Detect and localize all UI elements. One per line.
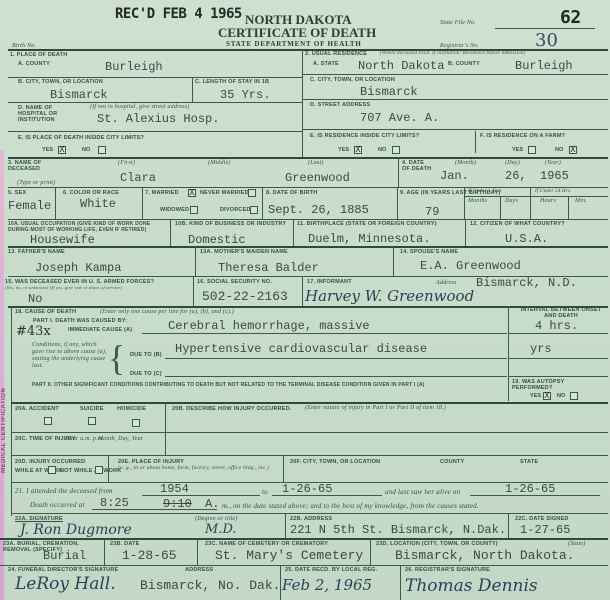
street-label: d. STREET ADDRESS — [310, 102, 370, 108]
date-of-death-label: 4. DATE OF DEATH — [402, 160, 432, 172]
res-county-label: b. COUNTY — [448, 61, 480, 67]
no-label: NO — [557, 393, 565, 399]
armed-forces: No — [28, 293, 42, 305]
mother-label: 13a. MOTHER'S MAIDEN NAME — [200, 249, 288, 255]
business-label: 10b. Kind of Business or Industry — [175, 221, 286, 227]
attended-label: 21. I attended the deceased from — [15, 488, 113, 494]
part2-label: PART II. Other Significant Conditions Co… — [32, 382, 425, 388]
first-label: (First) — [118, 160, 135, 166]
birth-date-label: 8. DATE OF BIRTH — [266, 190, 317, 196]
months-label: Months — [468, 198, 487, 204]
deceased-name-hint: (Type or print) — [17, 180, 55, 186]
res-inside-limits-label: e. IS RESIDENCE INSIDE CITY LIMITS? — [310, 133, 419, 139]
conditions-hint: Conditions, if any, which gave rise to a… — [32, 342, 107, 370]
residence-hint: (Where deceased lived. If institution: R… — [380, 51, 526, 57]
funeral-director-signature: LeRoy Hall. — [15, 574, 116, 594]
registrar-signature: Thomas Dennis — [405, 576, 538, 596]
citizenship: U.S.A. — [505, 233, 548, 245]
hours-label: Hours — [540, 198, 556, 204]
occupation: Housewife — [30, 234, 95, 246]
birthplace-label: 11. BIRTHPLACE (State or foreign country… — [297, 221, 437, 227]
armed-forces-hint: (Yes, no, or unknown) (If yes, give war … — [5, 285, 122, 291]
autopsy-yes-checkbox[interactable]: X — [543, 392, 551, 400]
birthplace: Duelm, Minnesota. — [308, 233, 430, 245]
place-hint: (e. g., in or about home, farm, factory,… — [118, 465, 283, 471]
sex-label: 5. SEX — [8, 190, 26, 196]
death-occurred-label: Death occurred at — [30, 502, 84, 508]
attended-to: 1-26-65 — [282, 483, 332, 495]
county-label: a. COUNTY — [18, 61, 50, 67]
res-inside-limits-no-checkbox[interactable] — [392, 146, 400, 154]
suicide-label: SUICIDE — [80, 406, 104, 412]
physician-degree: M.D. — [205, 522, 237, 537]
inside-limits-label: e. IS PLACE OF DEATH INSIDE CITY LIMITS? — [18, 135, 144, 141]
day-label: (Day) — [505, 160, 520, 166]
describe-injury-hint: (Enter nature of injury in Part I or Par… — [305, 405, 446, 411]
yes-label: YES — [338, 147, 349, 153]
father-label: 13. FATHER'S NAME — [8, 249, 65, 255]
birth-date: Sept. 26, 1885 — [268, 204, 369, 216]
death-year: 1965 — [540, 170, 569, 182]
ssn: 502-22-2163 — [202, 291, 288, 303]
business: Domestic — [188, 234, 246, 246]
physician-signature: J. Ron Dugmore — [20, 522, 132, 538]
race-label: 6. COLOR OR RACE — [63, 190, 119, 196]
funeral-director-label: 24. FUNERAL DIRECTOR'S SIGNATURE — [8, 567, 118, 573]
min-label: Min. — [575, 198, 587, 204]
location-state-label: (State) — [568, 541, 585, 547]
interval-a: 4 hrs. — [535, 320, 578, 332]
location-label: 23d. LOCATION (City, town, or county) — [376, 541, 498, 547]
due-to-b-label: DUE TO (b) — [130, 352, 162, 358]
death-inside-limits-yes-checkbox[interactable]: X — [58, 146, 66, 154]
widowed-label: Widowed — [160, 207, 189, 213]
funeral-address-label: ADDRESS — [185, 567, 213, 573]
informant-address-label: Address — [436, 280, 457, 286]
never-married-checkbox[interactable] — [248, 189, 256, 197]
burial-type: Burial — [43, 550, 86, 562]
suicide-checkbox[interactable] — [88, 417, 96, 425]
date-signed-label: 22c. DATE SIGNED — [515, 516, 569, 522]
residence-label: 2. USUAL RESIDENCE — [305, 51, 367, 57]
yes-label: YES — [42, 147, 53, 153]
injury-county-label: COUNTY — [440, 459, 464, 465]
spouse-name: E.A. Greenwood — [420, 260, 521, 272]
cause-hint: (Enter only one cause per line for (a), … — [100, 309, 234, 315]
code-note: #43x — [16, 324, 51, 339]
res-state-label: a. STATE — [313, 61, 339, 67]
res-street: 707 Ave. A. — [360, 112, 439, 124]
res-inside-limits-yes-checkbox[interactable]: X — [354, 146, 362, 154]
describe-injury-label: 20b. DESCRIBE HOW INJURY OCCURRED. — [172, 406, 292, 412]
race: White — [80, 198, 116, 210]
informant-address: Bismarck, N.D. — [476, 277, 577, 289]
cause-of-death-label: 18. CAUSE OF DEATH — [15, 309, 76, 315]
no-label: NO — [378, 147, 386, 153]
deceased-last: Greenwood — [285, 172, 350, 184]
cemetery-name: St. Mary's Cemetery — [215, 550, 363, 562]
death-inside-limits-no-checkbox[interactable] — [98, 146, 106, 154]
last-label: (Last) — [308, 160, 324, 166]
married-label: 7. Married — [145, 190, 179, 196]
injury-state-label: STATE — [520, 459, 538, 465]
death-month: Jan. — [440, 170, 469, 182]
certificate-title: CERTIFICATE OF DEATH — [218, 25, 376, 41]
department: STATE DEPARTMENT OF HEALTH — [226, 40, 362, 48]
not-while-at-work-checkbox[interactable] — [95, 466, 103, 474]
brace: { — [108, 340, 125, 376]
burial-date-label: 23b. DATE — [110, 541, 140, 547]
farm-no-checkbox[interactable]: X — [569, 146, 577, 154]
last-saw-label: and last saw her alive on — [385, 489, 460, 495]
deceased-name-label: 3. NAME OF DECEASED — [8, 160, 48, 172]
length-of-stay: 35 Yrs. — [220, 89, 270, 101]
due-to-b: Hypertensive cardiovascular disease — [175, 343, 427, 355]
ssn-label: 16. SOCIAL SECURITY No. — [197, 279, 272, 285]
married-checkbox[interactable]: X — [188, 189, 196, 197]
physician-address: 221 N 5th St. Bismarck, N.Dak. — [290, 524, 506, 536]
autopsy-label: 19. WAS AUTOPSY PERFORMED? — [512, 379, 592, 391]
divorced-checkbox[interactable] — [250, 206, 258, 214]
received-stamp: REC'D FEB 4 1965 — [115, 6, 242, 22]
no-label: NO — [555, 147, 563, 153]
while-at-work-checkbox[interactable] — [48, 466, 56, 474]
due-to-c-label: DUE TO (c) — [130, 371, 162, 377]
state-file-label: State File No. — [440, 20, 476, 26]
mother-name: Theresa Balder — [218, 262, 319, 274]
death-certificate: REC'D FEB 4 1965 NORTH DAKOTA CERTIFICAT… — [0, 0, 610, 600]
days-label: Days — [505, 198, 518, 204]
stay-label: c. LENGTH OF STAY IN 1b — [195, 79, 269, 85]
farm-yes-checkbox[interactable] — [528, 146, 536, 154]
under-1yr-label: If Under 1 Year — [468, 189, 502, 195]
homicide-checkbox[interactable] — [132, 419, 140, 427]
father-name: Joseph Kampa — [35, 262, 121, 274]
immediate-cause: Cerebral hemorrhage, massive — [168, 320, 370, 332]
place-of-death-label: 1. PLACE OF DEATH — [10, 52, 67, 58]
death-county: Burleigh — [105, 61, 163, 73]
date-hint: Month, Day, Year — [98, 436, 143, 442]
injury-occurred-label: 20d. INJURY OCCURRED — [15, 459, 85, 465]
date-recd: Feb 2, 1965 — [282, 576, 372, 594]
res-city: Bismarck — [360, 86, 418, 98]
res-city-label: c. CITY, TOWN, OR LOCATION — [310, 77, 395, 83]
date-recd-label: 25. DATE RECD. BY LOCAL REG. — [285, 567, 377, 573]
spouse-label: 14. SPOUSE'S NAME — [400, 249, 458, 255]
under-24-label: If Under 24 Hrs. — [535, 189, 572, 195]
interval-b: yrs — [530, 343, 552, 355]
res-state: North Dakota — [358, 60, 444, 72]
never-married-label: Never Married — [200, 190, 249, 196]
burial-date: 1-28-65 — [122, 550, 177, 562]
accident-checkbox[interactable] — [44, 417, 52, 425]
autopsy-no-checkbox[interactable] — [570, 392, 578, 400]
yes-label: YES — [512, 147, 523, 153]
middle-label: (Middle) — [208, 160, 231, 166]
death-city: Bismarck — [50, 89, 108, 101]
accident-label: 20a. ACCIDENT — [15, 406, 59, 412]
state-file-no: 62 — [560, 7, 581, 28]
divorced-label: Divorced — [220, 207, 251, 213]
death-statement: m., on the date stated above; and to the… — [222, 503, 479, 509]
yes-label: YES — [530, 393, 541, 399]
hospital-label: d. NAME OF HOSPITAL OR INSTITUTION — [18, 105, 78, 123]
funeral-address: Bismarck, No. Dak. — [140, 580, 280, 592]
burial-location: Bismarck, North Dakota. — [395, 550, 574, 562]
injury-city-label: 20f. CITY, TOWN, OR LOCATION — [290, 459, 380, 465]
sex: Female — [8, 200, 51, 212]
medical-certification-label: MEDICAL CERTIFICATION — [1, 355, 11, 505]
death-time: 8:25 — [100, 497, 129, 509]
immediate-cause-label: IMMEDIATE CAUSE (a) — [68, 327, 132, 333]
city-label: b. CITY, TOWN, OR LOCATION — [18, 79, 103, 85]
interval-label: INTERVAL BETWEEN ONSET AND DEATH — [516, 307, 606, 319]
homicide-label: HOMICIDE — [117, 406, 146, 412]
res-county: Burleigh — [515, 60, 573, 72]
date-signed: 1-27-65 — [520, 524, 570, 536]
deceased-first: Clara — [120, 172, 156, 184]
registrar-sig-label: 26. REGISTRAR'S SIGNATURE — [405, 567, 490, 573]
age: 79 — [425, 206, 439, 218]
informant-signature: Harvey W. Greenwood — [305, 287, 474, 305]
widowed-checkbox[interactable] — [190, 206, 198, 214]
year-label: (Year) — [545, 160, 561, 166]
not-while-at-work-label: Not While at Work — [60, 468, 121, 474]
month-label: (Month) — [455, 160, 476, 166]
cemetery-label: 23c. NAME OF CEMETERY OR CREMATORY — [205, 541, 328, 547]
registrar-no: 30 — [535, 30, 558, 51]
no-label: NO — [82, 147, 90, 153]
informant-label: 17. INFORMANT — [307, 279, 352, 285]
hospital-hint: (If not in hospital, give street address… — [90, 104, 190, 110]
occupation-label: 10a. USUAL OCCUPATION (Give kind of work… — [8, 221, 168, 233]
citizen-label: 12. Citizen of What Country? — [470, 221, 565, 227]
physician-address-label: 22b. ADDRESS — [290, 516, 332, 522]
last-saw-date: 1-26-65 — [505, 483, 555, 495]
attended-from: 1954 — [160, 483, 189, 495]
to-label: to — [262, 489, 268, 495]
death-day: 26, — [505, 170, 527, 182]
hospital-name: St. Alexius Hosp. — [97, 113, 219, 125]
farm-label: f. IS RESIDENCE ON A FARM? — [480, 133, 565, 139]
